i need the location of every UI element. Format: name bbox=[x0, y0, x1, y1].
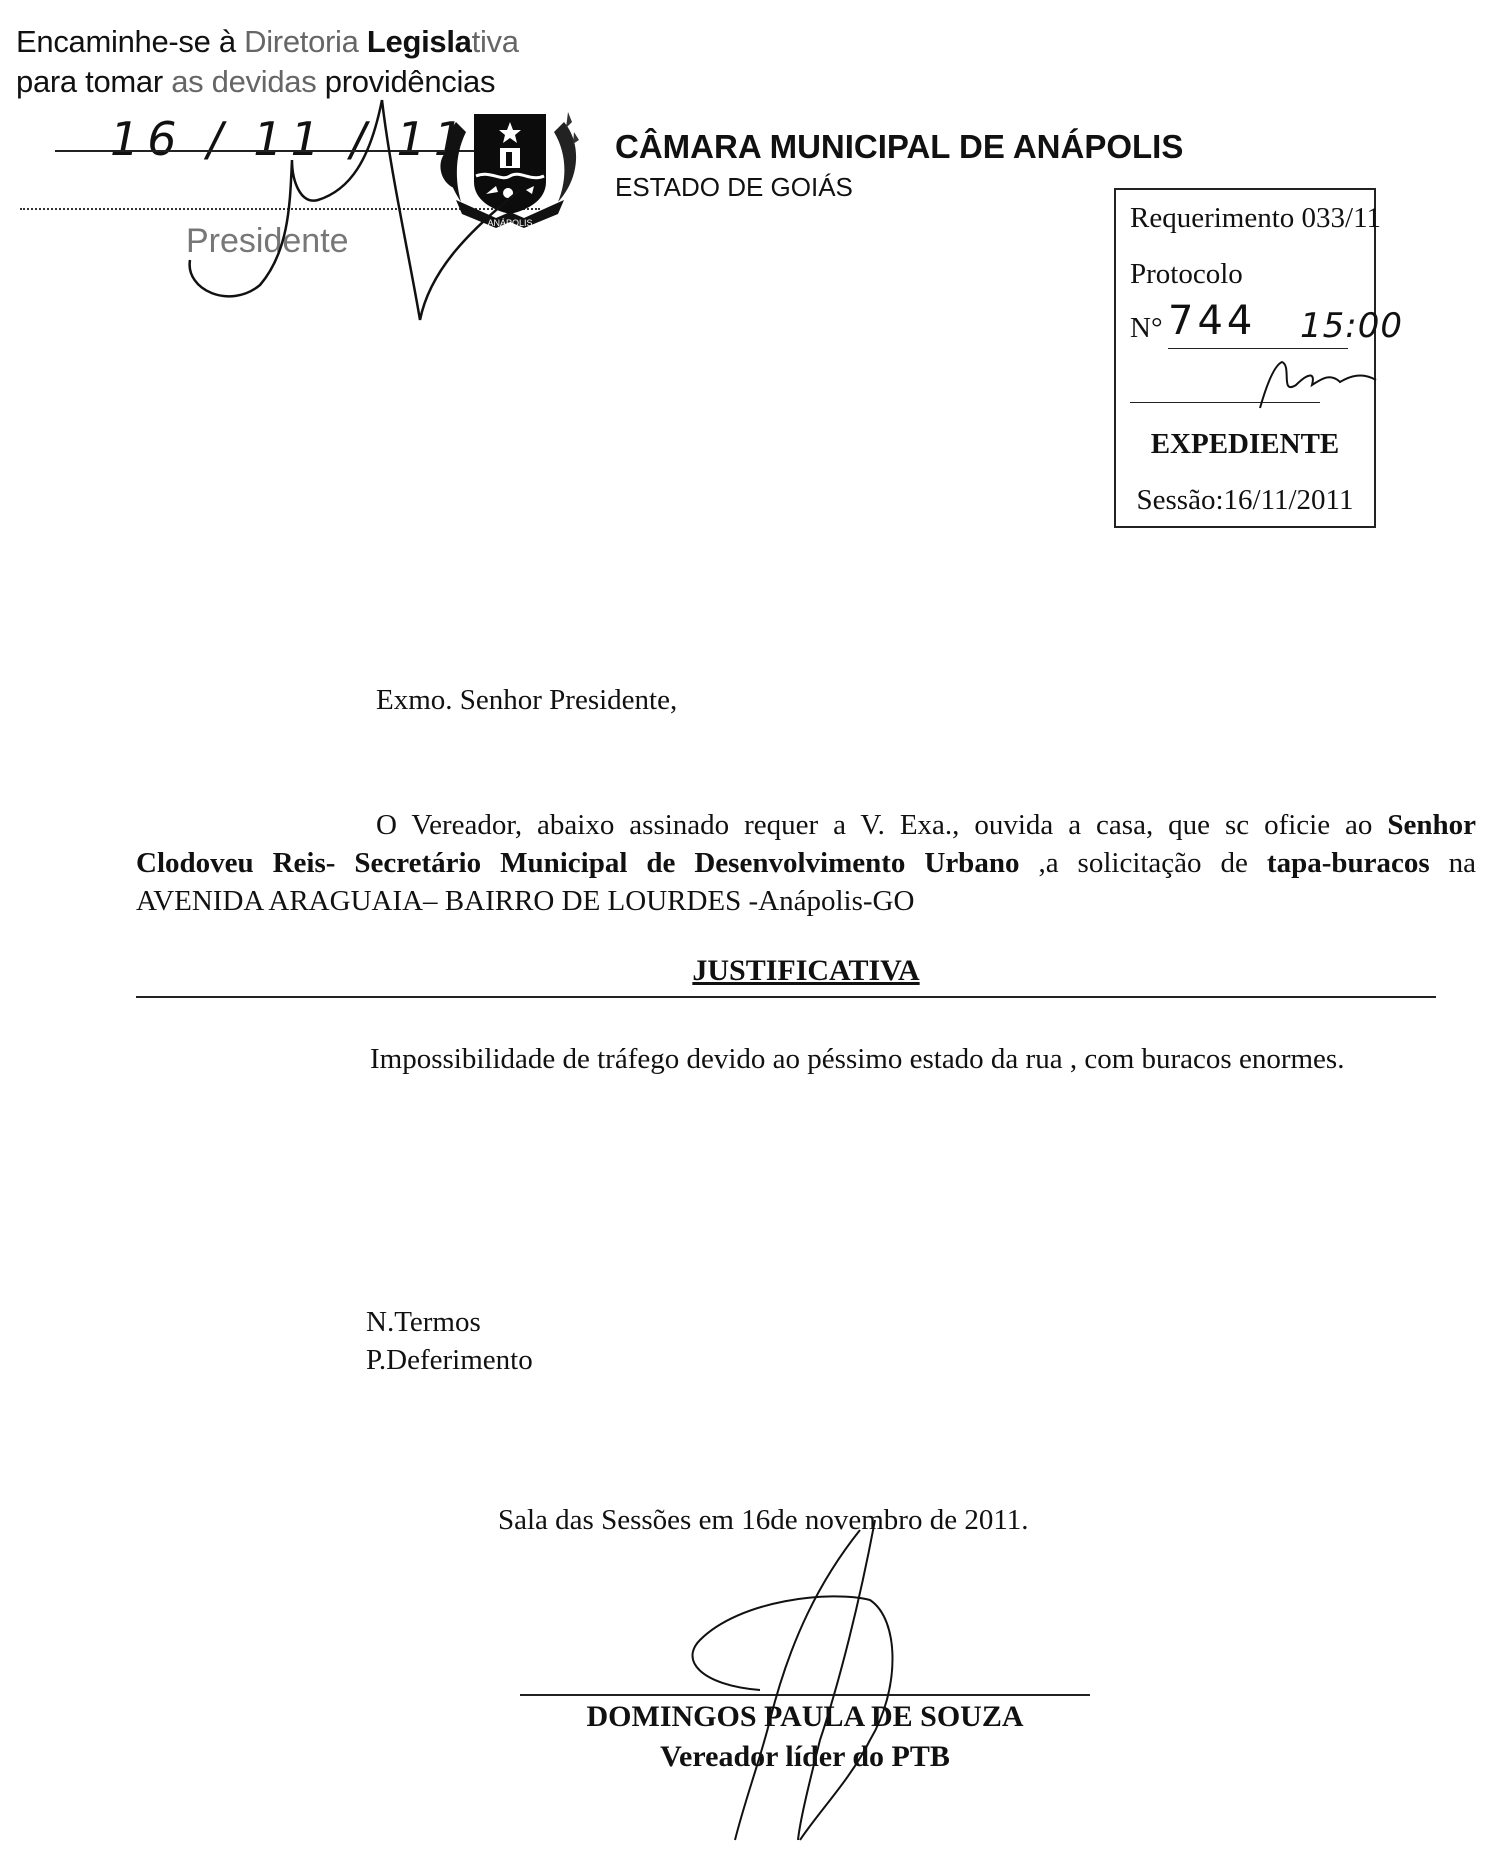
stamp-text: para tomar bbox=[16, 64, 171, 99]
stamp-text: Diretoria bbox=[244, 24, 367, 59]
signatory-role: Vereador líder do PTB bbox=[430, 1740, 1180, 1774]
protocolo-number-line bbox=[1168, 348, 1348, 349]
justification-divider bbox=[136, 996, 1436, 998]
institution-title: CÂMARA MUNICIPAL DE ANÁPOLIS bbox=[615, 128, 1183, 166]
request-subject: tapa-buracos bbox=[1267, 847, 1430, 879]
stamp-handwritten-date: 16 / 11 / 11 bbox=[110, 112, 471, 166]
protocolo-number-handwritten: 744 bbox=[1168, 298, 1256, 344]
stamp-text: tiva bbox=[472, 24, 519, 59]
stamp-text: Encaminhe-se à bbox=[16, 24, 244, 59]
place-and-date: Sala das Sessões em 16de novembro de 201… bbox=[498, 1504, 1029, 1537]
paragraph-text: ,a solicitação de bbox=[1019, 847, 1266, 879]
closing-deferimento: P.Deferimento bbox=[366, 1344, 533, 1377]
forwarding-stamp-line-2: para tomar as devidas providências bbox=[16, 64, 495, 100]
protocol-box bbox=[1114, 188, 1376, 528]
stamp-text: as devidas bbox=[171, 64, 325, 99]
salutation: Exmo. Senhor Presidente, bbox=[376, 684, 677, 717]
expediente-label: EXPEDIENTE bbox=[1114, 428, 1376, 461]
requerimento-number: Requerimento 033/11 bbox=[1130, 202, 1381, 235]
protocolo-number-label: N° bbox=[1130, 312, 1163, 345]
institution-subtitle: ESTADO DE GOIÁS bbox=[615, 172, 853, 203]
stamp-text: Legisla bbox=[367, 24, 472, 59]
coat-of-arms-icon: ANÁPOLIS bbox=[436, 92, 584, 232]
justification-text: Impossibilidade de tráfego devido ao pés… bbox=[136, 1040, 1376, 1078]
justification-title: JUSTIFICATIVA bbox=[136, 954, 1476, 988]
protocolo-signature-line bbox=[1130, 402, 1320, 403]
request-paragraph: O Vereador, abaixo assinado requer a V. … bbox=[136, 806, 1476, 920]
protocolo-time-handwritten: 15:00 bbox=[1300, 306, 1403, 346]
paragraph-text: O Vereador, abaixo assinado requer a V. … bbox=[376, 809, 1387, 841]
signatory-name: DOMINGOS PAULA DE SOUZA bbox=[430, 1700, 1180, 1734]
protocolo-label: Protocolo bbox=[1130, 258, 1243, 291]
closing-termos: N.Termos bbox=[366, 1306, 481, 1339]
svg-text:ANÁPOLIS: ANÁPOLIS bbox=[487, 218, 532, 228]
forwarding-stamp-line-1: Encaminhe-se à Diretoria Legislativa bbox=[16, 24, 519, 60]
stamp-presidente-label: Presidente bbox=[186, 222, 349, 261]
signature-line bbox=[520, 1694, 1090, 1696]
session-date: Sessão:16/11/2011 bbox=[1114, 484, 1376, 517]
